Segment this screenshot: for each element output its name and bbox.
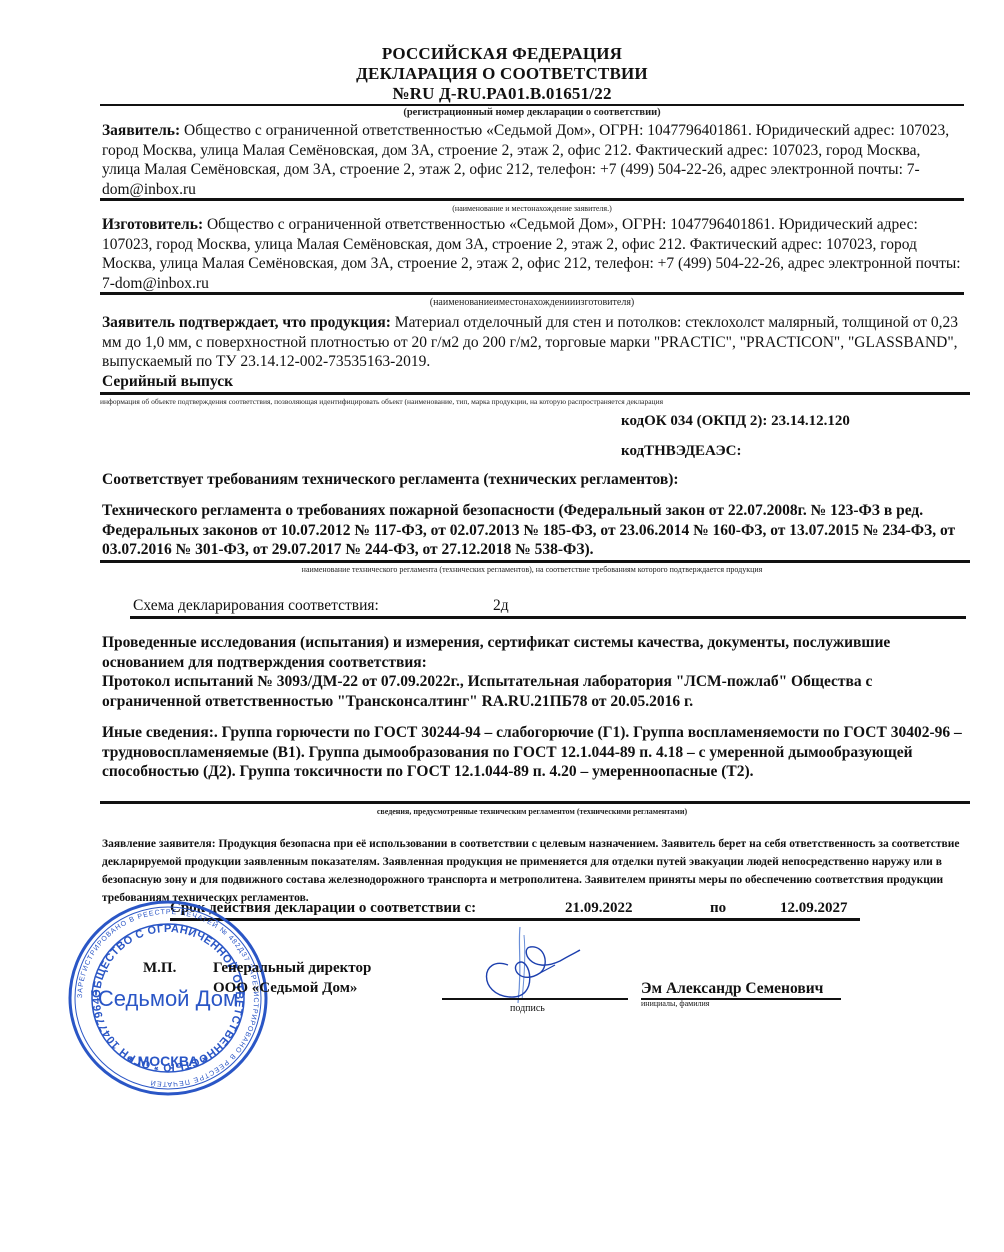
- number-caption: (регистрационный номер декларации о соот…: [100, 107, 964, 118]
- signer-position: Генеральный директор: [213, 960, 371, 977]
- other-caption: сведения, предусмотренные техническим ре…: [100, 806, 964, 817]
- regulation-caption: наименование технического регламента (те…: [100, 564, 964, 575]
- manufacturer-caption: (наименованиеиместонахожденииизготовител…: [100, 297, 964, 308]
- applicant-block: Заявитель: Общество с ограниченной ответ…: [102, 121, 962, 199]
- applicant-label: Заявитель:: [102, 122, 180, 139]
- divider: [100, 560, 970, 563]
- document-country: РОССИЙСКАЯ ФЕДЕРАЦИЯ: [0, 44, 1004, 64]
- declaration-number: №RU Д-RU.PA01.B.01651/22: [0, 84, 1004, 104]
- divider: [100, 801, 970, 804]
- evidence-text: Протокол испытаний № 3093/ДМ-22 от 07.09…: [102, 672, 962, 711]
- release-type: Серийный выпуск: [102, 372, 962, 392]
- applicant-statement: Заявление заявителя: Продукция безопасна…: [102, 835, 972, 907]
- handwritten-signature: [470, 925, 610, 1005]
- validity-to-label: по: [710, 900, 726, 917]
- validity-from: 21.09.2022: [565, 900, 633, 917]
- divider: [100, 198, 964, 201]
- signer-name: Эм Александр Семенович: [641, 980, 823, 998]
- document-title: ДЕКЛАРАЦИЯ О СООТВЕТСТВИИ: [0, 64, 1004, 84]
- signature-caption: подпись: [510, 1003, 545, 1014]
- scheme-label: Схема декларирования соответствия:: [133, 597, 379, 615]
- scheme-value: 2д: [493, 597, 509, 615]
- other-info: Иные сведения:. Группа горючести по ГОСТ…: [102, 723, 962, 782]
- validity-to: 12.09.2027: [780, 900, 848, 917]
- evidence-heading: Проведенные исследования (испытания) и и…: [102, 633, 962, 672]
- stamp-place-label: М.П.: [143, 960, 176, 977]
- applicant-text: Общество с ограниченной ответственностью…: [102, 122, 949, 198]
- product-label: Заявитель подтверждает, что продукция:: [102, 314, 391, 331]
- divider: [100, 292, 964, 295]
- product-caption: информация об объекте подтверждения соот…: [100, 396, 970, 407]
- divider: [130, 616, 966, 619]
- stamp-city: * МОСКВА *: [128, 1053, 208, 1069]
- regulation-heading: Соответствует требованиям технического р…: [102, 470, 962, 490]
- manufacturer-text: Общество с ограниченной ответственностью…: [102, 216, 961, 292]
- name-caption: инициалы, фамилия: [641, 999, 709, 1008]
- company-stamp: ЗАРЕГИСТРИРОВАНО В РЕЕСТРЕ ПЕЧАТЕЙ № 482…: [62, 898, 274, 1098]
- manufacturer-label: Изготовитель:: [102, 216, 203, 233]
- signer-company: ООО «Седьмой Дом»: [213, 980, 357, 997]
- regulation-text: Технического регламента о требованиях по…: [102, 501, 962, 560]
- signature-line: [442, 998, 628, 1000]
- tnved-code: кодТНВЭДЕАЭС:: [621, 443, 741, 460]
- okpd-code: кодОК 034 (ОКПД 2): 23.14.12.120: [621, 413, 850, 430]
- manufacturer-block: Изготовитель: Общество с ограниченной от…: [102, 215, 962, 293]
- applicant-caption: (наименование и местонахождение заявител…: [100, 203, 964, 214]
- product-block: Заявитель подтверждает, что продукция: М…: [102, 313, 962, 372]
- divider: [100, 104, 964, 106]
- divider: [100, 392, 970, 395]
